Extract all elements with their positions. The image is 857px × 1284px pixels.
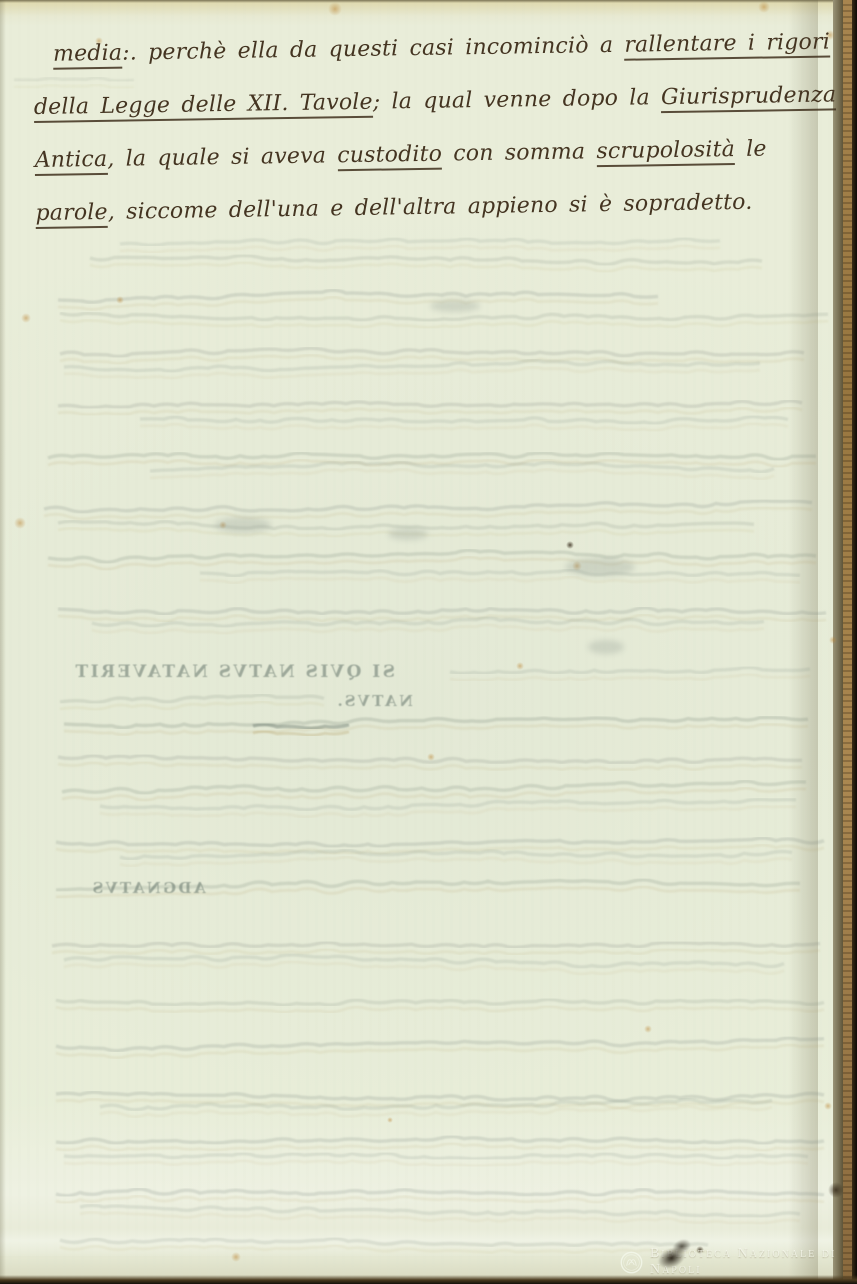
foxing-spot xyxy=(572,561,582,571)
ghost-line xyxy=(140,424,788,431)
ghost-line xyxy=(56,1189,824,1196)
ghost-line xyxy=(64,717,808,727)
underlined-phrase: parole xyxy=(35,200,108,229)
ghost-line xyxy=(100,806,796,816)
ghost-line xyxy=(52,942,820,947)
ghost-line xyxy=(58,401,802,408)
manuscript-line: parole, siccome dell'una e dell'altra ap… xyxy=(35,176,842,242)
ghost-line xyxy=(58,290,658,302)
ghost-line xyxy=(120,246,720,253)
ghost-line xyxy=(450,667,810,673)
ghost-line xyxy=(200,577,800,583)
gray-smudge xyxy=(215,517,271,533)
underlined-phrase: scrupolosità xyxy=(596,137,735,167)
foxing-spot xyxy=(21,313,31,323)
ghost-line xyxy=(450,674,810,680)
ghost-line xyxy=(120,857,792,866)
ghost-line xyxy=(56,845,824,853)
ghost-line xyxy=(56,1092,824,1101)
ghost-line xyxy=(60,702,324,709)
ghost-line xyxy=(58,608,826,614)
text-segment: con somma xyxy=(442,139,597,167)
ghost-line xyxy=(56,1006,824,1012)
ghost-line xyxy=(90,256,762,265)
text-segment: , la quale si aveva xyxy=(107,143,337,173)
scan-edge-top xyxy=(0,0,857,3)
ghost-line xyxy=(52,949,820,954)
ghost-line xyxy=(56,838,824,846)
ghost-line xyxy=(80,1205,800,1216)
foxing-spot xyxy=(219,521,227,529)
foxing-spot xyxy=(387,1117,393,1123)
ghost-line xyxy=(64,1153,808,1159)
bleedthrough-fragment: SI QVIS NATVS NATAVERIT xyxy=(73,662,395,682)
ghost-line xyxy=(100,1106,772,1116)
ghost-line xyxy=(56,1196,824,1203)
text-segment: , siccome dell'una e dell'altra appieno … xyxy=(108,190,753,226)
ghost-line xyxy=(80,1212,800,1223)
ghost-line xyxy=(64,955,784,967)
foxing-spot xyxy=(824,1102,832,1110)
ghost-line xyxy=(100,799,796,809)
ghost-line xyxy=(48,550,816,562)
underlined-phrase: Antica xyxy=(35,147,108,176)
ghost-line xyxy=(100,1099,772,1109)
ghost-line xyxy=(56,1099,824,1108)
manuscript-text: media:. perchè ella da questi casi incom… xyxy=(33,17,842,242)
ghost-line xyxy=(44,501,812,512)
foxing-spot xyxy=(116,296,124,304)
ghost-line xyxy=(58,528,754,536)
ghost-line xyxy=(64,367,760,378)
library-emblem-icon xyxy=(620,1249,643,1276)
ghost-line xyxy=(92,625,764,634)
ghost-line xyxy=(90,263,762,272)
ghost-line xyxy=(64,724,808,734)
bleedthrough-fragment: NATVS. xyxy=(335,692,413,710)
scan-edge-left xyxy=(0,0,6,1284)
ghost-line xyxy=(62,781,806,793)
scan-edge-right xyxy=(852,0,857,1284)
gray-smudge xyxy=(588,640,624,654)
ghost-line xyxy=(60,348,804,356)
foxing-spot xyxy=(516,662,524,670)
gray-smudge xyxy=(430,300,480,312)
ghost-line xyxy=(120,850,792,859)
foxing-spot xyxy=(427,753,435,761)
ghost-line xyxy=(56,999,824,1005)
gray-smudge xyxy=(388,528,428,540)
ghost-line xyxy=(58,762,802,769)
ghost-line xyxy=(48,557,816,569)
ghost-line xyxy=(150,469,774,479)
ghost-line xyxy=(58,755,802,762)
text-segment: :. perchè ella da questi casi incominciò… xyxy=(122,33,625,67)
underlined-phrase: rallentare i rigori xyxy=(624,30,830,61)
underlined-phrase: custodito xyxy=(337,142,442,172)
text-segment: le xyxy=(735,137,767,163)
ghost-line xyxy=(56,1136,824,1143)
ghost-line xyxy=(92,618,764,627)
foxing-spot xyxy=(14,517,26,529)
ghost-line xyxy=(60,320,828,327)
ghost-line xyxy=(48,460,816,467)
ghost-line xyxy=(64,962,784,974)
ghost-line xyxy=(58,408,802,415)
ghost-line xyxy=(150,462,774,472)
ghost-line xyxy=(58,521,754,529)
bleedthrough-fragment: ADGNATVS xyxy=(90,879,206,897)
ghost-line xyxy=(140,417,788,424)
ghost-line xyxy=(253,731,349,735)
ghost-line xyxy=(60,355,804,363)
underlined-phrase: Giurisprudenza xyxy=(661,82,837,113)
text-segment: ; la qual venne dopo la xyxy=(373,85,662,116)
ghost-line xyxy=(200,570,800,576)
ghost-line xyxy=(62,788,806,800)
ghost-line xyxy=(48,453,816,460)
ghost-line xyxy=(253,724,349,728)
dark-spot xyxy=(566,541,574,549)
ghost-line xyxy=(56,1045,824,1058)
ghost-line xyxy=(64,1160,808,1166)
ghost-line xyxy=(120,239,720,246)
ghost-line xyxy=(60,695,324,702)
ghost-line xyxy=(58,615,826,621)
foxing-spot xyxy=(644,1025,652,1033)
ghost-line xyxy=(58,297,658,309)
ghost-line xyxy=(44,508,812,519)
scanned-page: SI QVIS NATVS NATAVERITNATVS.ADGNATVS me… xyxy=(0,0,857,1284)
underlined-phrase: media xyxy=(53,41,123,70)
ghost-line xyxy=(64,360,760,371)
ghost-line xyxy=(56,1038,824,1051)
ghost-line xyxy=(56,1143,824,1150)
ghost-line xyxy=(60,313,828,320)
underlined-phrase: della Legge delle XII. Tavole xyxy=(34,90,373,123)
book-edge-right xyxy=(843,0,852,1284)
gray-smudge xyxy=(565,558,635,576)
